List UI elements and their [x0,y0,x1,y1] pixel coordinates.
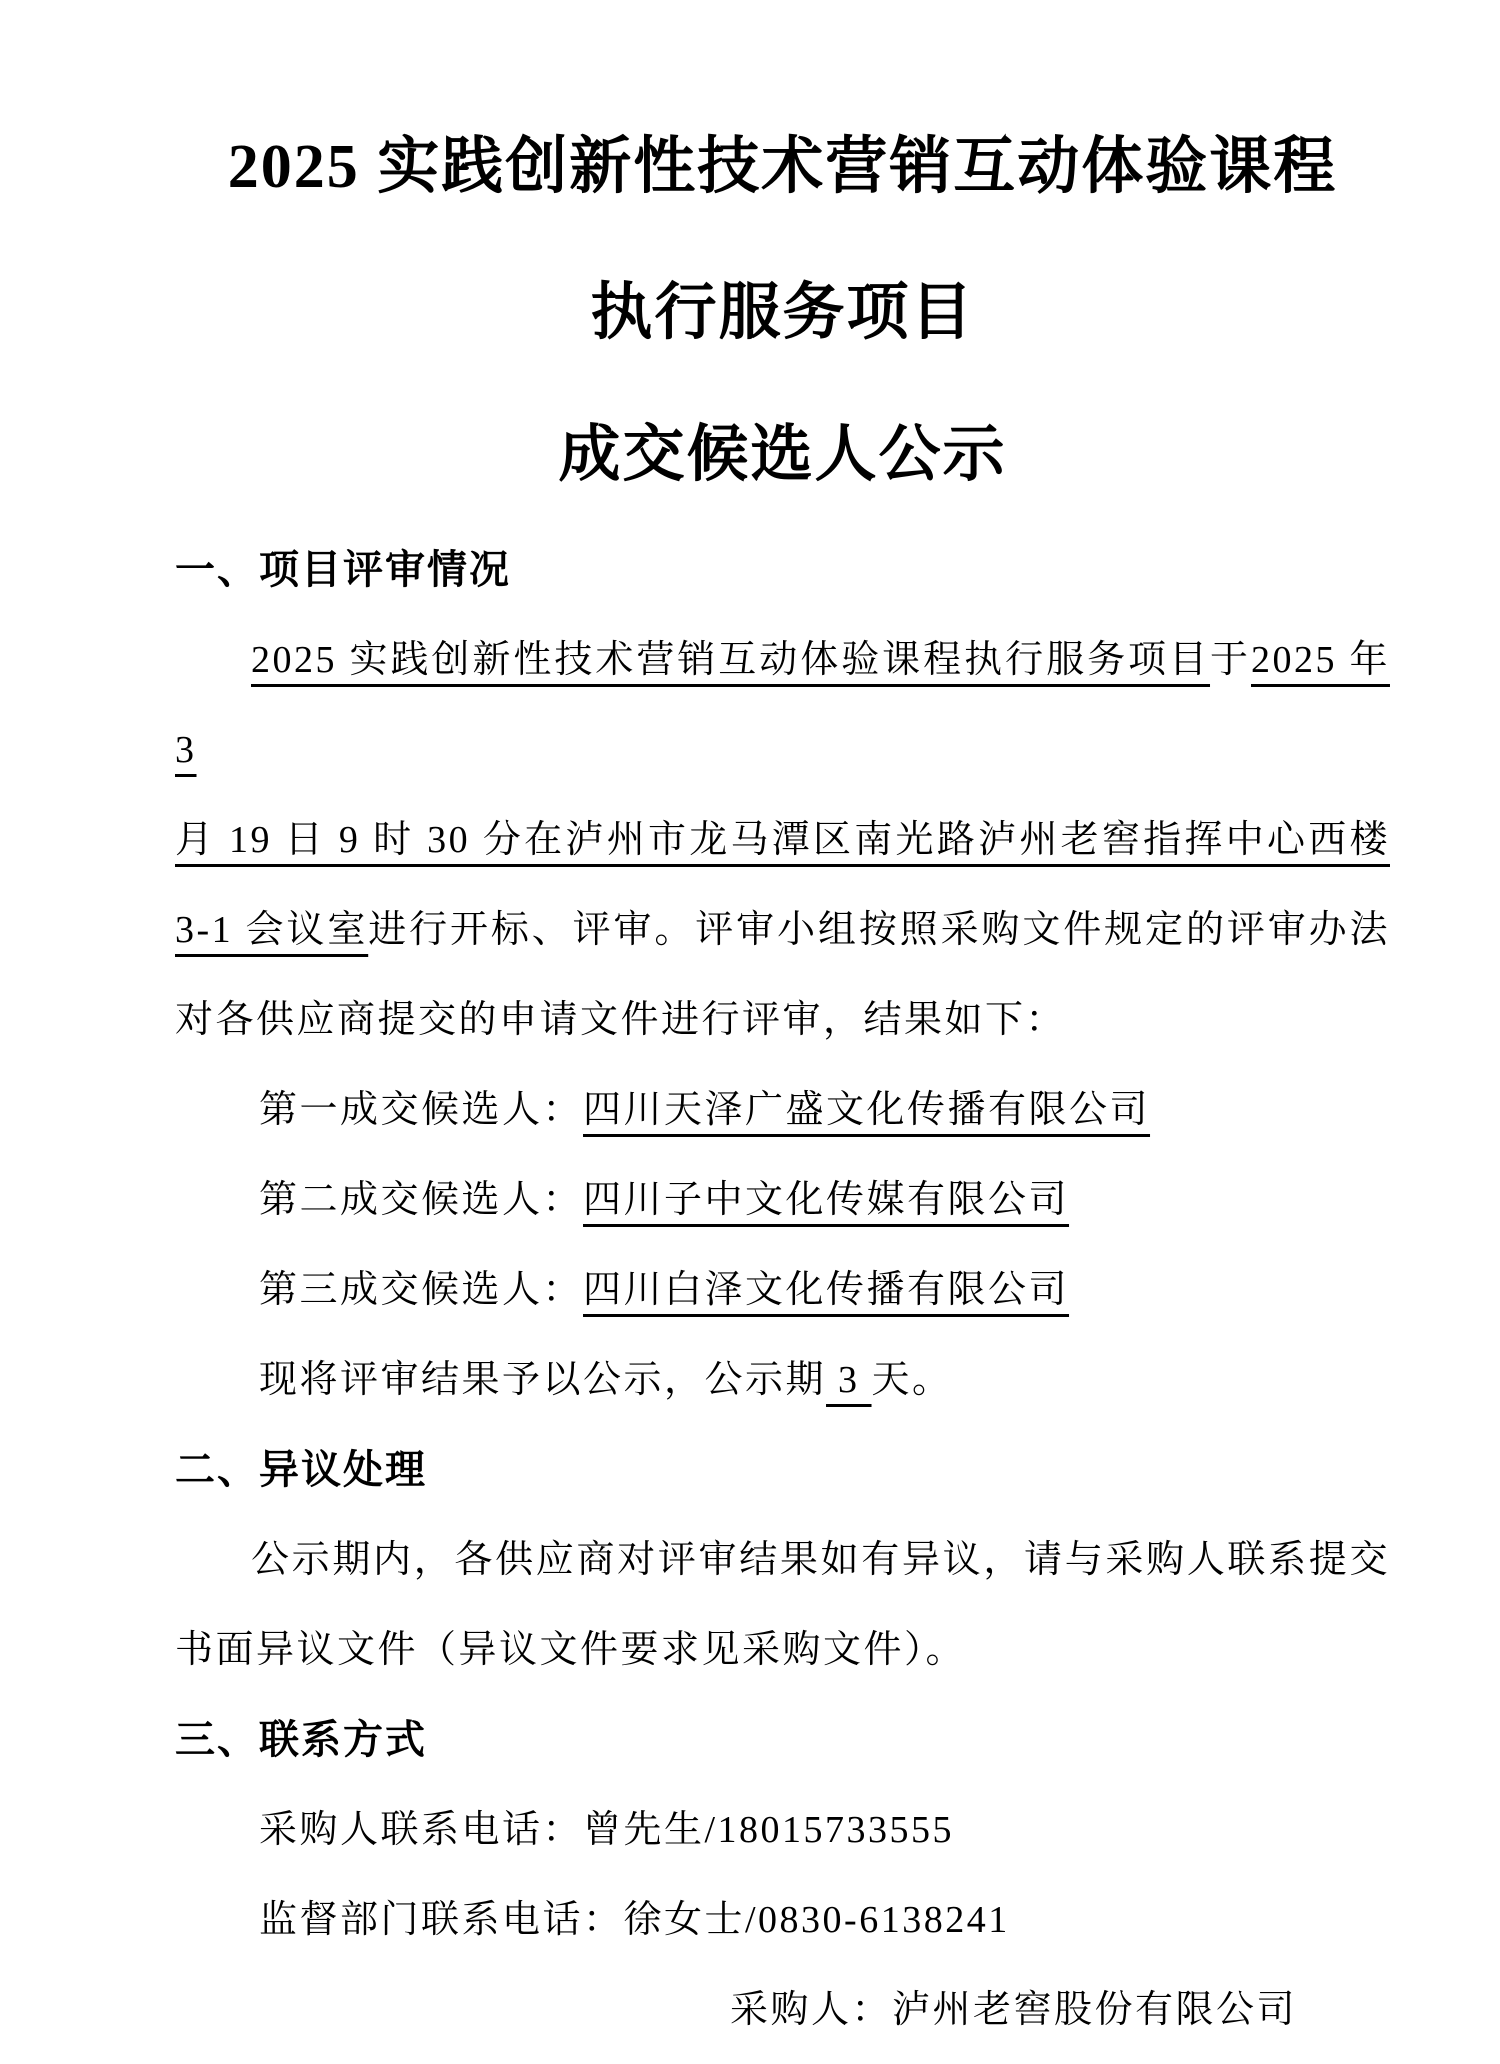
candidate-label: 第二成交候选人： [259,1179,583,1221]
para-1-line-4: 对各供应商提交的申请文件进行评审，结果如下： [175,975,1390,1065]
underlined-meeting-room: 3-1 会议室 [175,909,368,951]
title-line-1: 2025 实践创新性技术营销互动体验课程 [175,92,1390,242]
section-2-heading: 二、异议处理 [175,1425,1390,1515]
document-page: 2025 实践创新性技术营销互动体验课程 执行服务项目 成交候选人公示 一、项目… [0,0,1500,2064]
candidate-row-3: 第三成交候选人：四川白泽文化传播有限公司 [175,1245,1390,1335]
plain-text: 进行开标、评审。评审小组按照采购文件规定的评审办法 [368,909,1390,951]
plain-text: 采购人联系电话：曾先生/18015733555 [259,1809,954,1851]
candidate-label: 第三成交候选人： [259,1269,583,1311]
underlined-candidate-name: 四川白泽文化传播有限公司 [583,1269,1069,1311]
candidate-label: 第一成交候选人： [259,1089,583,1131]
para-1-line-1: 2025 实践创新性技术营销互动体验课程执行服务项目于2025 年 3 [175,615,1390,795]
title-line-2: 执行服务项目 [175,242,1390,385]
plain-text: 书面异议文件（异议文件要求见采购文件）。 [175,1629,966,1671]
plain-text: 公示期内，各供应商对评审结果如有异议，请与采购人联系提交 [251,1539,1390,1581]
underlined-publicity-days: 3 [826,1359,872,1401]
para-1-line-2: 月 19 日 9 时 30 分在泸州市龙马潭区南光路泸州老窖指挥中心西楼 [175,795,1390,885]
supervision-phone-line: 监督部门联系电话：徐女士/0830-6138241 [175,1875,1390,1965]
candidate-row-2: 第二成交候选人：四川子中文化传媒有限公司 [175,1155,1390,1245]
plain-text: 天。 [872,1359,953,1401]
underlined-date-location: 月 19 日 9 时 30 分在泸州市龙马潭区南光路泸州老窖指挥中心西楼 [175,819,1390,861]
result-line: 现将评审结果予以公示，公示期 3 天。 [175,1335,1390,1425]
plain-text: 监督部门联系电话：徐女士/0830-6138241 [259,1899,1010,1941]
plain-text: 对各供应商提交的申请文件进行评审，结果如下： [175,999,1066,1041]
purchaser-signature: 采购人：泸州老窖股份有限公司 [175,1965,1390,2055]
para-2-line-2: 书面异议文件（异议文件要求见采购文件）。 [175,1605,1390,1695]
title-line-3: 成交候选人公示 [175,385,1390,525]
section-3-heading: 三、联系方式 [175,1695,1390,1785]
underlined-candidate-name: 四川天泽广盛文化传播有限公司 [583,1089,1150,1131]
plain-text: 采购人：泸州老窖股份有限公司 [730,1989,1297,2031]
buyer-phone-line: 采购人联系电话：曾先生/18015733555 [175,1785,1390,1875]
underlined-candidate-name: 四川子中文化传媒有限公司 [583,1179,1069,1221]
candidate-row-1: 第一成交候选人：四川天泽广盛文化传播有限公司 [175,1065,1390,1155]
section-1-heading: 一、项目评审情况 [175,525,1390,615]
para-2-line-1: 公示期内，各供应商对评审结果如有异议，请与采购人联系提交 [175,1515,1390,1605]
plain-text: 于 [1210,639,1251,681]
plain-text: 现将评审结果予以公示，公示期 [259,1359,826,1401]
underlined-project-name: 2025 实践创新性技术营销互动体验课程执行服务项目 [251,639,1210,681]
para-1-line-3: 3-1 会议室进行开标、评审。评审小组按照采购文件规定的评审办法 [175,885,1390,975]
